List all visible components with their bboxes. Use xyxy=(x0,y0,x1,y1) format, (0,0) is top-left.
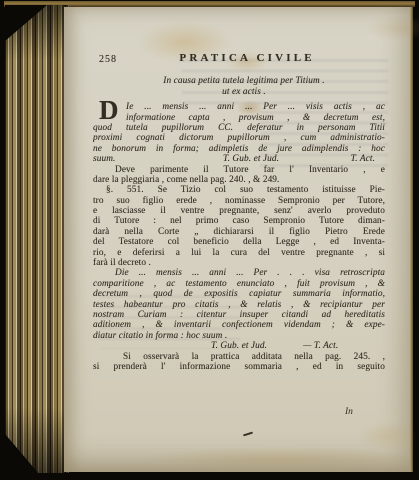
text-line: §. 551. Se Tizio col suo testamento isti… xyxy=(93,185,385,195)
section-heading-line1: In causa petita tutela legitima per Titi… xyxy=(93,76,385,87)
page-right-edge xyxy=(410,7,413,472)
signature-part: T. Act. xyxy=(351,154,375,164)
catchword: In xyxy=(345,407,353,417)
text-line: diatur citatio in forma : hoc suum . xyxy=(93,331,385,341)
text-line: ne bonorum in forma; adimpletis de jure … xyxy=(93,144,385,154)
signature-part: suum. xyxy=(93,154,115,164)
text-line: nostram Curiam : citentur insuper citand… xyxy=(93,310,385,320)
text-line: comparitione , ac testamento enunciato ,… xyxy=(93,279,385,289)
running-title: PRATICA CIVILE xyxy=(179,52,314,64)
ink-mark xyxy=(243,432,253,437)
text-line: T. Gub. et Jud.— T. Act. xyxy=(93,341,385,351)
text-line: decretum , quod de expositis capiatur su… xyxy=(93,289,385,299)
book-page: 258 PRATICA CIVILE In causa petita tutel… xyxy=(64,7,413,472)
text-line: Ie ... mensis ... anni ... Per ... visis… xyxy=(93,102,385,112)
signature-part: T. Gub. et Jud. xyxy=(211,341,267,351)
text-line: quod tutela pupillorum CC. deferatur in … xyxy=(93,123,385,133)
text-line: e lasciasse il ventre pregnante, senz' a… xyxy=(93,206,385,216)
text-line: informatione capta , provisum , & decret… xyxy=(93,113,385,123)
text-line: tro suo figlio erede , nominasse Sempron… xyxy=(93,196,385,206)
signature-part: — T. Act. xyxy=(303,341,338,351)
book-fore-edges xyxy=(5,5,69,473)
paper-stain xyxy=(144,447,414,471)
photo-background: 258 PRATICA CIVILE In causa petita tutel… xyxy=(0,0,419,480)
text-block: 258 PRATICA CIVILE In causa petita tutel… xyxy=(93,52,385,372)
text-line: darà nella Corte „ dichiararsi il figlio… xyxy=(93,227,385,237)
section-heading-line2: ut ex actis . xyxy=(93,87,385,98)
text-line: del Testatore col beneficio della Legge … xyxy=(93,237,385,247)
text-line: Die ... mensis ... anni ... Per . . . vi… xyxy=(93,268,385,278)
text-line: si prenderà l' informazione sommaria , e… xyxy=(93,362,385,372)
text-line: dare la pleggiaria , come nella pag. 240… xyxy=(93,175,385,185)
text-line: aditionem , & inventarii confectionem vi… xyxy=(93,320,385,330)
text-line: di Tutore : nel primo caso Sempronio Tut… xyxy=(93,216,385,226)
drop-cap: D xyxy=(99,99,119,121)
body-text: D Ie ... mensis ... anni ... Per ... vis… xyxy=(93,102,385,372)
text-line: suum.T. Gub. et Jud.T. Act. xyxy=(93,154,385,164)
page-number: 258 xyxy=(99,54,117,65)
paper-stain xyxy=(356,421,418,451)
text-line: farà il decreto . xyxy=(93,258,385,268)
text-line: Si osservarà la prattica additata nella … xyxy=(93,352,385,362)
text-line: testes habeantur pro citatis , & relatis… xyxy=(93,300,385,310)
text-line: proximi cognati dictorum pupillorum , cu… xyxy=(93,133,385,143)
signature-part: T. Gub. et Jud. xyxy=(223,154,279,164)
text-line: rio, e deferirsi a lui la cura del ventr… xyxy=(93,248,385,258)
running-head: 258 PRATICA CIVILE xyxy=(93,52,385,76)
section-heading: In causa petita tutela legitima per Titi… xyxy=(93,76,385,97)
text-line: Deve parimente il Tutore far l' Inventar… xyxy=(93,165,385,175)
